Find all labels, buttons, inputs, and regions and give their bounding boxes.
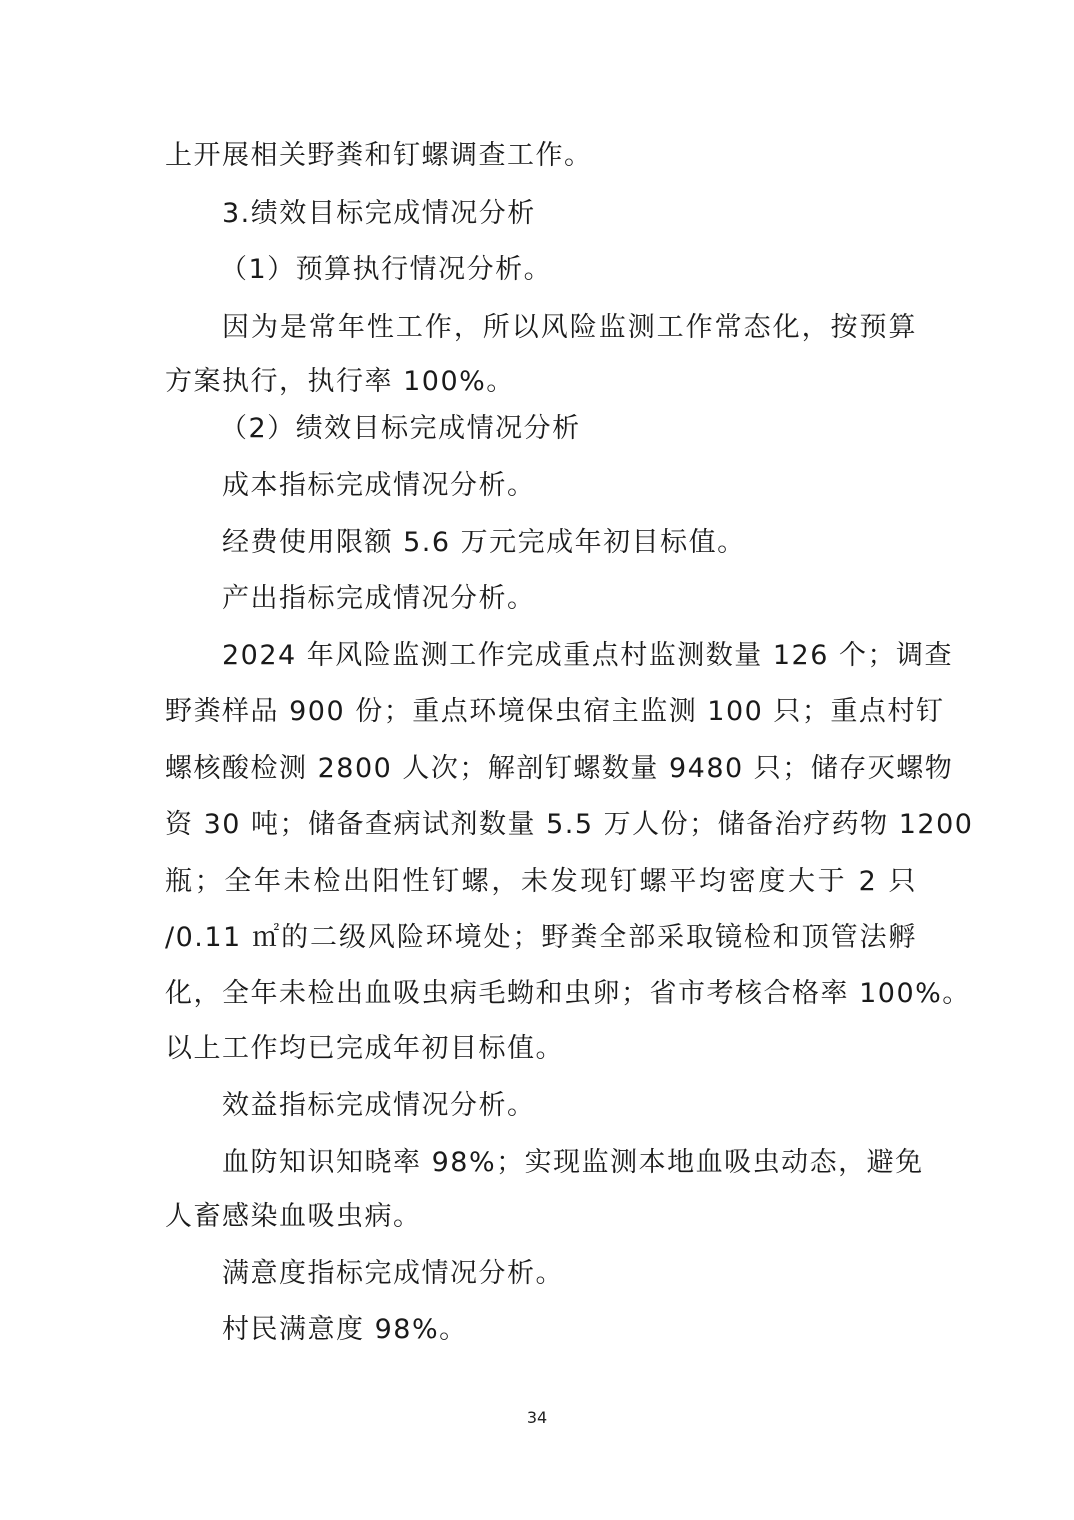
paragraph-line: 野粪样品 900 份；重点环境保虫宿主监测 100 只；重点村钉 [165,684,917,740]
paragraph-line: 因为是常年性工作，所以风险监测工作常态化，按预算 [222,300,917,356]
subsection-heading: （2）绩效目标完成情况分析 [220,401,972,457]
paragraph-line: 经费使用限额 5.6 万元完成年初目标值。 [222,515,917,571]
paragraph-line: 成本指标完成情况分析。 [222,458,917,514]
paragraph-line: 螺核酸检测 2800 人次；解剖钉螺数量 9480 只；储存灭螺物 [165,741,917,797]
paragraph-line: 产出指标完成情况分析。 [222,571,917,627]
document-page: 上开展相关野粪和钉螺调查工作。 3.绩效目标完成情况分析 （1）预算执行情况分析… [0,0,1074,1520]
paragraph-line: 2024 年风险监测工作完成重点村监测数量 126 个；调查 [222,628,917,684]
paragraph-line: 满意度指标完成情况分析。 [222,1246,917,1302]
paragraph-line: 上开展相关野粪和钉螺调查工作。 [165,128,917,184]
paragraph-line: 村民满意度 98%。 [222,1302,917,1358]
paragraph-line: 效益指标完成情况分析。 [222,1078,917,1134]
section-heading: 3.绩效目标完成情况分析 [222,186,917,242]
paragraph-line: /0.11 ㎡的二级风险环境处；野粪全部采取镜检和顶管法孵 [165,910,917,966]
paragraph-line: 化，全年未检出血吸虫病毛蚴和虫卵；省市考核合格率 100%。 [165,966,917,1022]
page-number: 34 [0,1408,1074,1427]
paragraph-line: 资 30 吨；储备查病试剂数量 5.5 万人份；储备治疗药物 1200 [165,797,917,853]
paragraph-line: 人畜感染血吸虫病。 [165,1189,917,1245]
paragraph-line: 以上工作均已完成年初目标值。 [165,1021,917,1077]
subsection-heading: （1）预算执行情况分析。 [220,242,972,298]
paragraph-line: 瓶；全年未检出阳性钉螺，未发现钉螺平均密度大于 2 只 [165,854,917,910]
paragraph-line: 血防知识知晓率 98%；实现监测本地血吸虫动态，避免 [222,1135,917,1191]
